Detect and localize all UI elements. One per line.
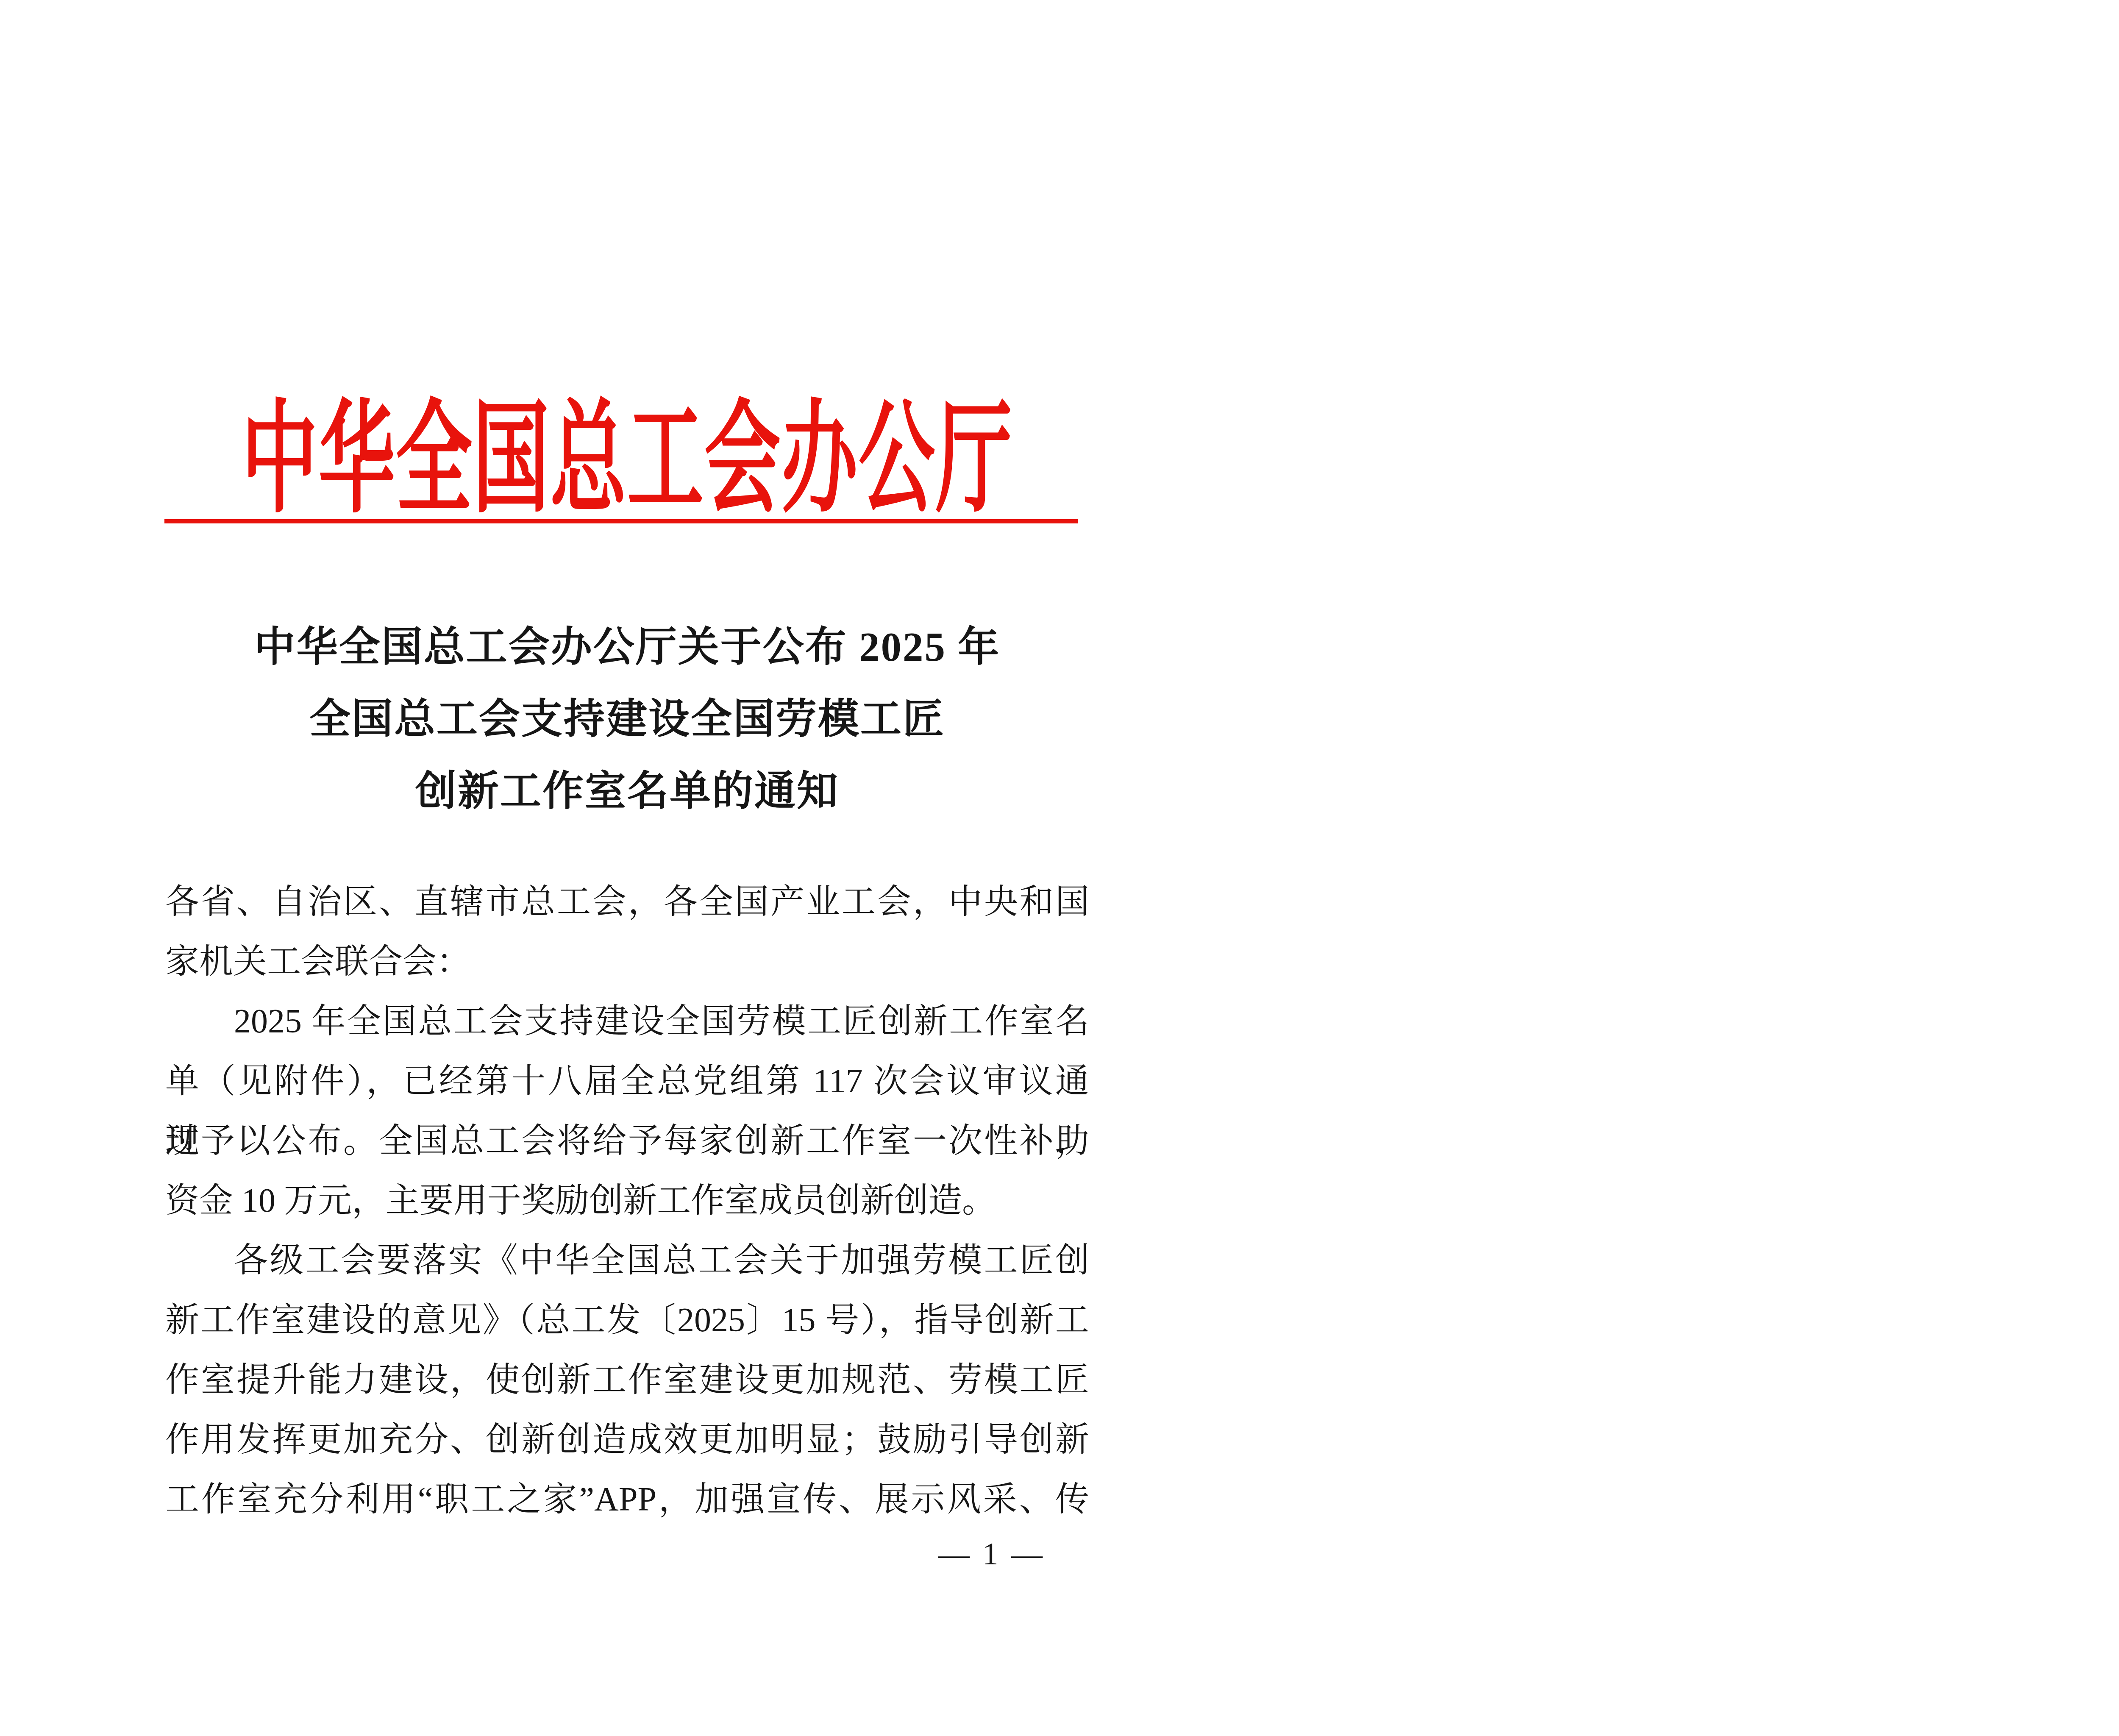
body-line: 工作室充分利用“职工之家”APP，加强宣传、展示风采、传	[165, 1470, 1089, 1530]
page-1: 中华全国总工会办公厅 中华全国总工会办公厅关于公布 2025 年 全国总工会支持…	[0, 0, 1227, 1736]
body-line: 单（见附件），已经第十八届全总党组第 117 次会议审议通过，	[165, 1052, 1089, 1111]
body-line: 2025 年全国总工会支持建设全国劳模工匠创新工作室名	[165, 992, 1089, 1052]
document-title-line-2: 全国总工会支持建设全国劳模工匠	[144, 683, 1110, 755]
document-title-line-1: 中华全国总工会办公厅关于公布 2025 年	[144, 611, 1110, 683]
document-title: 中华全国总工会办公厅关于公布 2025 年 全国总工会支持建设全国劳模工匠 创新…	[144, 611, 1110, 827]
body-line: 作室提升能力建设，使创新工作室建设更加规范、劳模工匠	[165, 1350, 1089, 1410]
body-line: 资金 10 万元，主要用于奖励创新工作室成员创新创造。	[165, 1171, 1089, 1231]
page-2: 承技能，定期通过“职工之家”APP 发布一定数量创新成果， 并促进成果转化应用。…	[1227, 0, 2119, 1736]
page1-body: 各省、自治区、直辖市总工会，各全国产业工会，中央和国 家机关工会联合会： 202…	[165, 872, 1089, 1530]
body-line: 作用发挥更加充分、创新创造成效更加明显；鼓励引导创新	[165, 1410, 1089, 1470]
scanned-document-spread: 中华全国总工会办公厅 中华全国总工会办公厅关于公布 2025 年 全国总工会支持…	[0, 0, 2119, 1736]
letterhead-org-title: 中华全国总工会办公厅	[165, 361, 1089, 536]
document-title-line-3: 创新工作室名单的通知	[144, 755, 1110, 827]
body-line: 新工作室建设的意见》（总工发〔2025〕15 号），指导创新工	[165, 1291, 1089, 1350]
letterhead-rule	[164, 519, 1078, 523]
body-line: 家机关工会联合会：	[165, 932, 1089, 992]
page1-number: — 1 —	[886, 1531, 1098, 1577]
body-line: 各级工会要落实《中华全国总工会关于加强劳模工匠创	[165, 1231, 1089, 1291]
body-line: 各省、自治区、直辖市总工会，各全国产业工会，中央和国	[165, 872, 1089, 932]
body-line: 现予以公布。全国总工会将给予每家创新工作室一次性补助	[165, 1111, 1089, 1171]
